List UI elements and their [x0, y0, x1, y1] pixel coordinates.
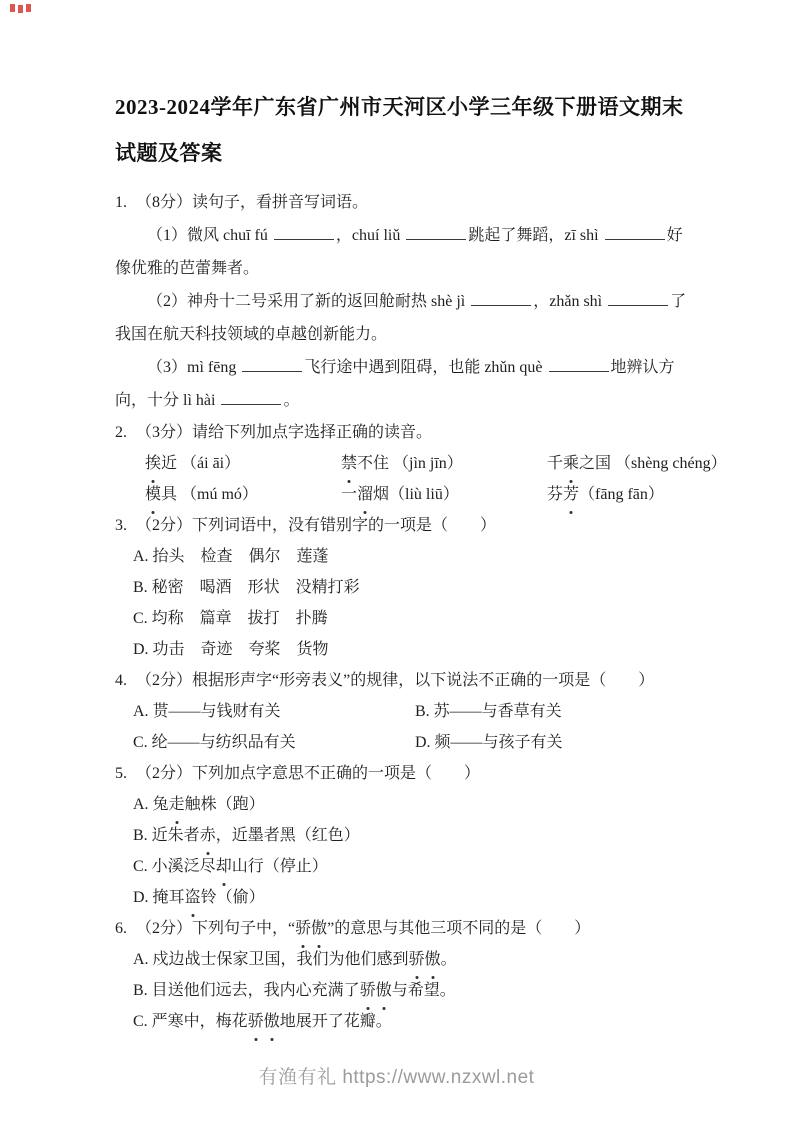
- question-6: 6.（2分）下列句子中，“骄傲”的意思与其他三项不同的是（ ） A. 戍边战士保…: [115, 913, 687, 1037]
- option-c: C. 严寒中，梅花骄傲地展开了花瓣。: [133, 1006, 687, 1037]
- pinyin-choice-item: 芬芳（fāng fān）: [547, 479, 727, 510]
- answer-blank: [221, 390, 281, 405]
- pinyin-choice-item: 模具 （mú mó）: [145, 479, 341, 510]
- question-4-options: A. 贳——与钱财有关 B. 苏——与香草有关 C. 纶——与纺织品有关 D. …: [115, 696, 687, 758]
- question-4-stem: 4.（2分）根据形声字“形旁表义”的规律，以下说法不正确的一项是（ ）: [115, 665, 687, 696]
- question-3-stem-text: （2分）下列词语中，没有错别字的一项是（ ）: [136, 517, 496, 534]
- question-3-options: A. 抬头 检查 偶尔 莲蓬 B. 秘密 喝酒 形状 没精打彩 C. 均称 篇章…: [115, 541, 687, 665]
- option-a: A. 贳——与钱财有关: [133, 696, 415, 727]
- answer-blank: [274, 225, 334, 240]
- pinyin-choice-grid: 挨近 （ái āi） 禁不住 （jìn jīn） 千乘之国 （shèng ché…: [115, 448, 745, 510]
- option-d: D. 掩耳盗铃（偷）: [133, 882, 687, 913]
- red-stamp-icon: [10, 4, 15, 12]
- question-4-stem-text: （2分）根据形声字“形旁表义”的规律，以下说法不正确的一项是（ ）: [136, 672, 654, 689]
- option-c: C. 纶——与纺织品有关: [133, 727, 415, 758]
- question-1-stem: 1.（8分）读句子，看拼音写词语。: [115, 186, 687, 219]
- question-1-part-1: （1）微风 chuī fú ，chuí liǔ 跳起了舞蹈，zī shì 好像优…: [115, 219, 687, 285]
- question-6-number: 6.: [115, 920, 127, 937]
- option-c: C. 小溪泛尽却山行（停止）: [133, 851, 687, 882]
- question-6-options: A. 戍边战士保家卫国，我们为他们感到骄傲。 B. 目送他们远去，我内心充满了骄…: [115, 944, 687, 1037]
- pinyin-choice-item: 挨近 （ái āi）: [145, 448, 341, 479]
- question-2-stem: 2.（3分）请给下列加点字选择正确的读音。: [115, 417, 687, 448]
- question-5-options: A. 兔走触株（跑） B. 近朱者赤，近墨者黑（红色） C. 小溪泛尽却山行（停…: [115, 789, 687, 913]
- option-a: A. 兔走触株（跑）: [133, 789, 687, 820]
- question-3: 3.（2分）下列词语中，没有错别字的一项是（ ） A. 抬头 检查 偶尔 莲蓬 …: [115, 510, 687, 665]
- question-1-part-3: （3）mì fēng 飞行途中遇到阻碍，也能 zhǔn què 地辨认方向，十分…: [115, 351, 687, 417]
- site-watermark: 有渔有礼 https://www.nzxwl.net: [0, 1062, 793, 1089]
- exam-paper-page: 2023-2024学年广东省广州市天河区小学三年级下册语文期末试题及答案 1.（…: [0, 0, 793, 1122]
- option-a: A. 抬头 检查 偶尔 莲蓬: [133, 541, 687, 572]
- page-title: 2023-2024学年广东省广州市天河区小学三年级下册语文期末试题及答案: [115, 84, 687, 176]
- question-1: 1.（8分）读句子，看拼音写词语。 （1）微风 chuī fú ，chuí li…: [115, 186, 687, 417]
- question-5: 5.（2分）下列加点字意思不正确的一项是（ ） A. 兔走触株（跑） B. 近朱…: [115, 758, 687, 913]
- exam-content: 2023-2024学年广东省广州市天河区小学三年级下册语文期末试题及答案 1.（…: [115, 84, 687, 1037]
- option-a: A. 戍边战士保家卫国，我们为他们感到骄傲。: [133, 944, 687, 975]
- option-b: B. 近朱者赤，近墨者黑（红色）: [133, 820, 687, 851]
- question-2-stem-text: （3分）请给下列加点字选择正确的读音。: [136, 424, 432, 441]
- question-4: 4.（2分）根据形声字“形旁表义”的规律，以下说法不正确的一项是（ ） A. 贳…: [115, 665, 687, 758]
- question-3-number: 3.: [115, 517, 127, 534]
- option-b: B. 秘密 喝酒 形状 没精打彩: [133, 572, 687, 603]
- answer-blank: [605, 225, 665, 240]
- answer-blank: [406, 225, 466, 240]
- answer-blank: [242, 357, 302, 372]
- question-6-stem: 6.（2分）下列句子中，“骄傲”的意思与其他三项不同的是（ ）: [115, 913, 687, 944]
- question-6-stem-text: （2分）下列句子中，“骄傲”的意思与其他三项不同的是（ ）: [136, 920, 590, 937]
- option-d: D. 频——与孩子有关: [415, 727, 687, 758]
- question-2-number: 2.: [115, 424, 127, 441]
- answer-blank: [608, 291, 668, 306]
- pinyin-choice-item: 禁不住 （jìn jīn）: [341, 448, 547, 479]
- option-b: B. 苏——与香草有关: [415, 696, 687, 727]
- question-2: 2.（3分）请给下列加点字选择正确的读音。 挨近 （ái āi） 禁不住 （jì…: [115, 417, 687, 510]
- pinyin-choice-item: 一溜烟（liù liū）: [341, 479, 547, 510]
- question-1-number: 1.: [115, 194, 127, 211]
- question-5-stem-text: （2分）下列加点字意思不正确的一项是（ ）: [136, 765, 480, 782]
- option-c: C. 均称 篇章 拔打 扑腾: [133, 603, 687, 634]
- option-b: B. 目送他们远去，我内心充满了骄傲与希望。: [133, 975, 687, 1006]
- question-5-stem: 5.（2分）下列加点字意思不正确的一项是（ ）: [115, 758, 687, 789]
- question-1-stem-text: （8分）读句子，看拼音写词语。: [136, 194, 368, 211]
- question-5-number: 5.: [115, 765, 127, 782]
- question-1-part-2: （2）神舟十二号采用了新的返回舱耐热 shè jì ，zhǎn shì 了我国在…: [115, 285, 687, 351]
- answer-blank: [549, 357, 609, 372]
- option-d: D. 功击 奇迹 夸桨 货物: [133, 634, 687, 665]
- pinyin-choice-item: 千乘之国 （shèng chéng）: [547, 448, 727, 479]
- answer-blank: [471, 291, 531, 306]
- question-3-stem: 3.（2分）下列词语中，没有错别字的一项是（ ）: [115, 510, 687, 541]
- question-4-number: 4.: [115, 672, 127, 689]
